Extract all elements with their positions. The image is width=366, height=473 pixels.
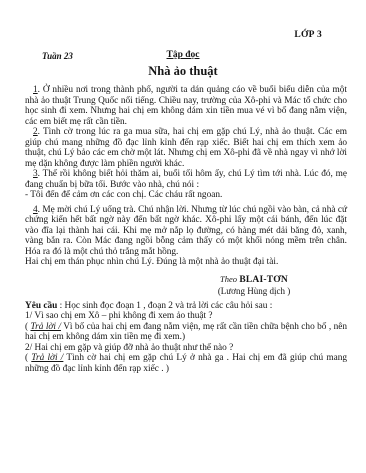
tasks-section: Yêu cầu : Học sinh đọc đoạn 1 , đoạn 2 v…	[25, 301, 347, 375]
answer-label: Trả lời /	[31, 353, 63, 363]
translator-line: (Lương Hùng dịch )	[195, 286, 313, 297]
requirement-text: : Học sinh đọc đoạn 1 , đoạn 2 và trả lờ…	[57, 301, 272, 311]
question-2: 2/ Hai chị em gặp và giúp đỡ nhà ảo thuậ…	[25, 343, 347, 354]
author-prefix: Theo	[220, 274, 237, 284]
dialogue-line: - Tôi đến để cảm ơn các con chị. Các chá…	[25, 190, 347, 201]
document-page: LỚP 3 Tuần 23 Tập đọc Nhà ảo thuật 1. Ở …	[0, 0, 366, 473]
story-paragraph-2: 2. Tình cờ trong lúc ra ga mua sữa, hai …	[25, 127, 347, 169]
answer-1: ( Trả lời / Vì bố của hai chị em đang nằ…	[25, 322, 347, 343]
story-paragraph-1: 1. Ở nhiều nơi trong thành phố, người ta…	[25, 85, 347, 127]
author-line: Theo BLAI-TƠN	[195, 274, 313, 286]
author-name: BLAI-TƠN	[239, 275, 288, 285]
answer-2: ( Trả lời / Tình cờ hai chị em gặp chú L…	[25, 353, 347, 374]
lesson-title: Nhà ảo thuật	[0, 64, 366, 79]
story-body: 1. Ở nhiều nơi trong thành phố, người ta…	[25, 85, 347, 374]
story-paragraph-4: 4. Mẹ mời chú Lý uống trà. Chú nhận lời.…	[25, 205, 347, 258]
answer-text: Vì bố của hai chị em đang nằm viện, mẹ r…	[25, 322, 347, 343]
subject-heading: Tập đọc	[0, 50, 366, 60]
answer-label: Trả lời /	[31, 322, 61, 332]
grade-label: LỚP 3	[294, 30, 322, 40]
question-1: 1/ Vì sao chị em Xô – phi không đi xem ả…	[25, 311, 347, 322]
closing-line: Hai chị em thán phục nhìn chú Lý. Đúng l…	[25, 257, 347, 268]
paragraph-text: . Tình cờ trong lúc ra ga mua sữa, hai c…	[25, 127, 347, 169]
requirement-line: Yêu cầu : Học sinh đọc đoạn 1 , đoạn 2 v…	[25, 301, 347, 312]
answer-text: Tình cờ hai chị em gặp chú Lý ở nhà ga .…	[25, 353, 347, 374]
paragraph-text: . Thế rồi không biết hỏi thăm ai, buổi t…	[25, 169, 347, 190]
paragraph-text: . Mẹ mời chú Lý uống trà. Chú nhận lời. …	[25, 205, 347, 257]
paragraph-text: . Ở nhiều nơi trong thành phố, người ta …	[25, 85, 347, 127]
requirement-label: Yêu cầu	[25, 301, 57, 311]
story-paragraph-3: 3. Thế rồi không biết hỏi thăm ai, buổi …	[25, 169, 347, 190]
author-block: Theo BLAI-TƠN (Lương Hùng dịch )	[195, 274, 313, 297]
